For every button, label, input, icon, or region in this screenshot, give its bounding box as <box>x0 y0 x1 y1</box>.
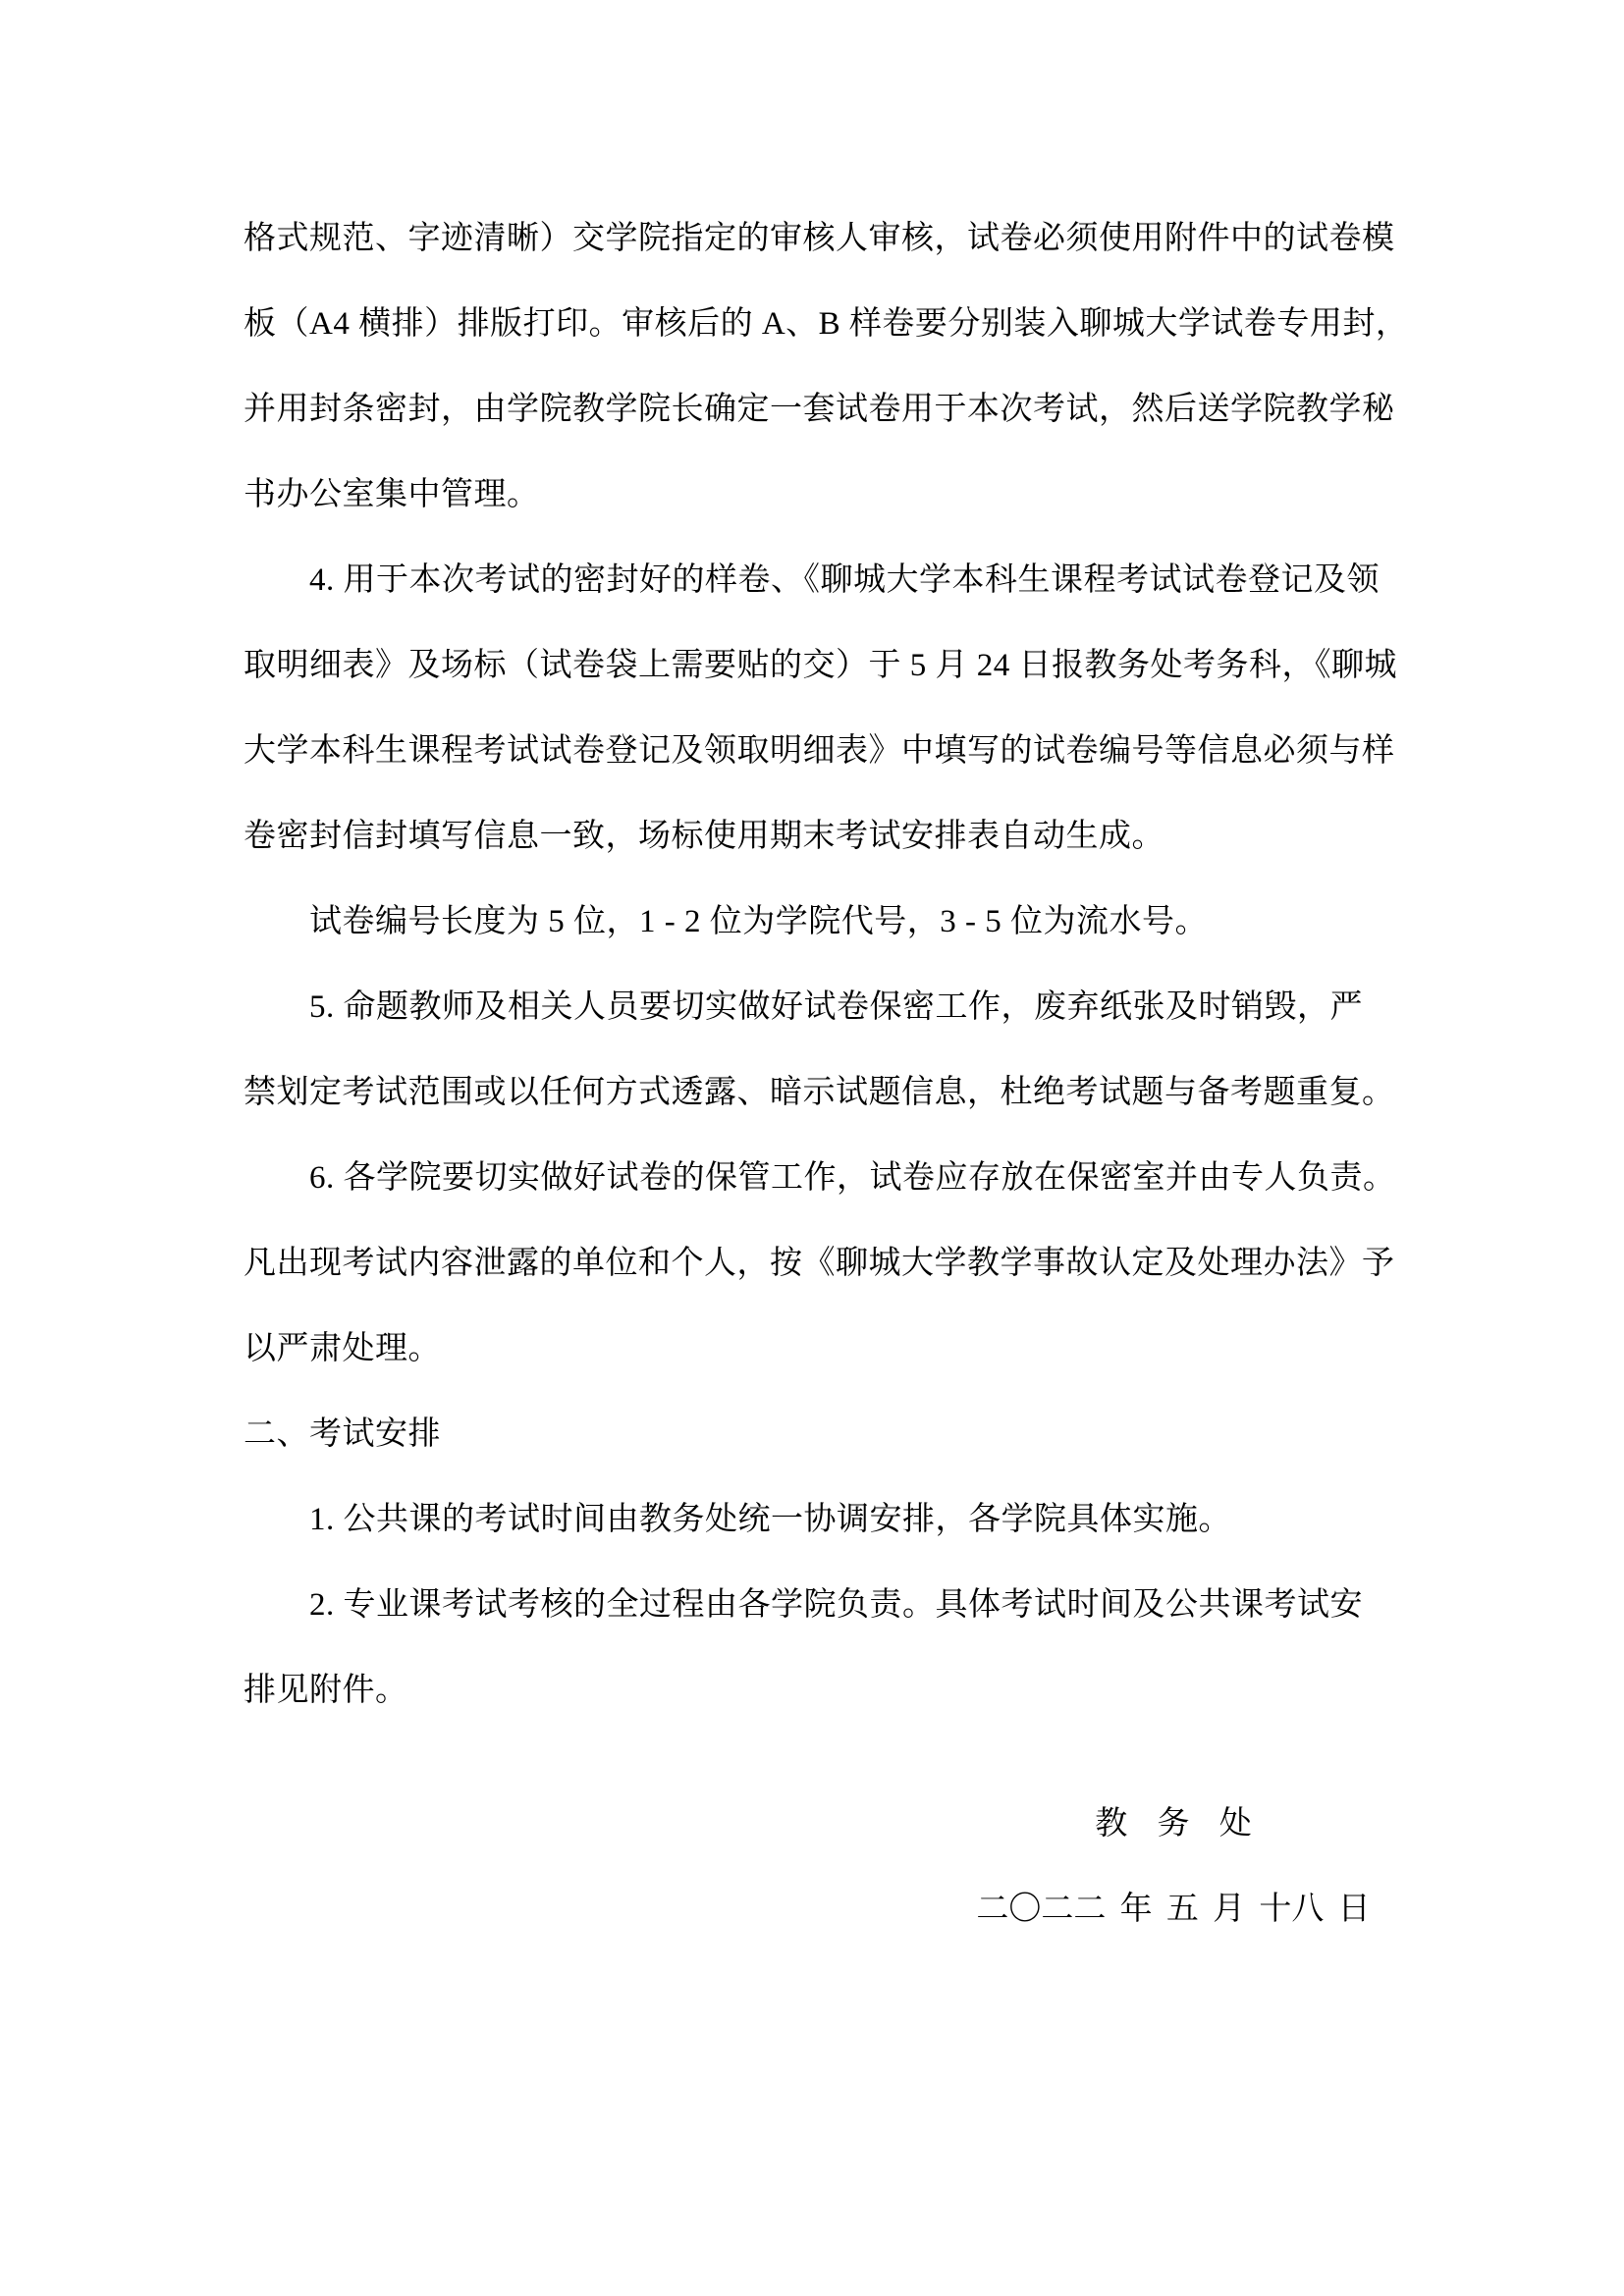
text-line: 大学本科生课程考试试卷登记及领取明细表》中填写的试卷编号等信息必须与样 <box>244 731 1395 771</box>
text-line: 禁划定考试范围或以任何方式透露、暗示试题信息，杜绝考试题与备考题重复。 <box>244 1073 1395 1112</box>
text-line: 格式规范、字迹清晰）交学院指定的审核人审核，试卷必须使用附件中的试卷模 <box>244 219 1395 258</box>
text-line: 以严肃处理。 <box>244 1329 441 1368</box>
text-line-paragraph-5-start: 5. 命题教师及相关人员要切实做好试卷保密工作，废弃纸张及时销毁，严 <box>309 988 1363 1027</box>
text-line-paragraph-6-start: 6. 各学院要切实做好试卷的保管工作，试卷应存放在保密室并由专人负责。 <box>309 1158 1396 1198</box>
text-line-item-1: 1. 公共课的考试时间由教务处统一协调安排，各学院具体实施。 <box>309 1500 1231 1539</box>
text-line: 凡出现考试内容泄露的单位和个人，按《聊城大学教学事故认定及处理办法》予 <box>244 1244 1395 1283</box>
signature-date: 二〇二二 年 五 月 十八 日 <box>962 1890 1384 1929</box>
text-line-item-2: 2. 专业课考试考核的全过程由各学院负责。具体考试时间及公共课考试安 <box>309 1585 1363 1625</box>
text-line-paragraph-4-start: 4. 用于本次考试的密封好的样卷、《聊城大学本科生课程考试试卷登记及领 <box>309 561 1380 600</box>
text-line-exam-code-note: 试卷编号长度为 5 位，1 - 2 位为学院代号，3 - 5 位为流水号。 <box>309 902 1208 941</box>
text-line: 取明细表》及场标（试卷袋上需要贴的交）于 5 月 24 日报教务处考务科，《聊城 <box>244 646 1397 685</box>
text-line: 板（A4 横排）排版打印。审核后的 A、B 样卷要分别装入聊城大学试卷专用封， <box>244 304 1408 344</box>
text-line: 并用封条密封，由学院教学院长确定一套试卷用于本次考试，然后送学院教学秘 <box>244 390 1395 429</box>
section-heading-exam-arrangement: 二、考试安排 <box>244 1415 441 1454</box>
document-page: 格式规范、字迹清晰）交学院指定的审核人审核，试卷必须使用附件中的试卷模 板（A4… <box>0 0 1624 2296</box>
text-line: 排见附件。 <box>244 1671 408 1710</box>
text-line: 卷密封信封填写信息一致，场标使用期末考试安排表自动生成。 <box>244 817 1164 856</box>
text-line: 书办公室集中管理。 <box>244 475 540 514</box>
signature-organization: 教 务 处 <box>962 1804 1384 1843</box>
